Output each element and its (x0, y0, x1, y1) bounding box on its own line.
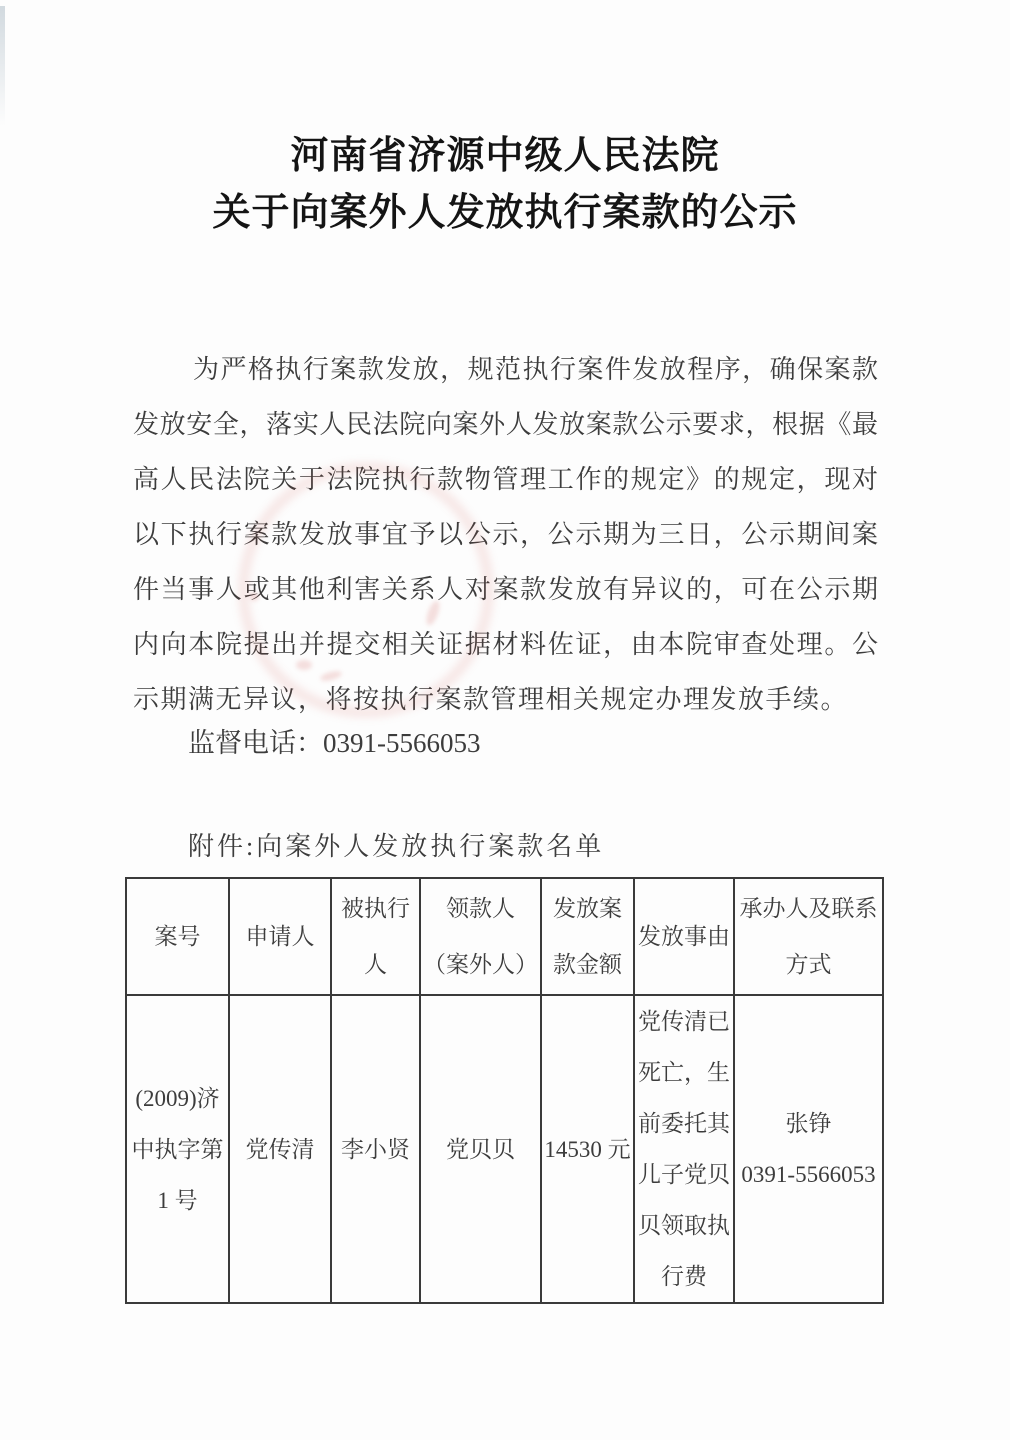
scanner-edge-artifact (0, 6, 5, 126)
column-header-contact: 承办人及联系 方式 (734, 878, 883, 995)
table-cell-case-number: (2009)济 中执字第 1 号 (126, 995, 229, 1303)
attachment-caption: 附件:向案外人发放执行案款名单 (188, 822, 604, 872)
column-header-amount: 发放案 款金额 (541, 878, 634, 995)
case-payment-table: 案号 申请人 被执行 人 领款人 （案外人） 发放案 款金额 发放事由 承办人及… (125, 877, 884, 1304)
body-line: 发放安全，落实人民法院向案外人发放案款公示要求，根据《最 (133, 397, 878, 452)
column-header-reason: 发放事由 (634, 878, 734, 995)
table-cell-applicant: 党传清 (229, 995, 331, 1303)
document-title-line-1: 河南省济源中级人民法院 (0, 128, 1010, 185)
body-line: 件当事人或其他利害关系人对案款发放有异议的，可在公示期 (133, 562, 878, 617)
supervision-phone-label: 监督电话： (188, 728, 323, 758)
document-title-line-2: 关于向案外人发放执行案款的公示 (0, 185, 1010, 242)
body-paragraph: 为严格执行案款发放，规范执行案件发放程序，确保案款 发放安全，落实人民法院向案外… (133, 342, 878, 727)
table-cell-contact: 张铮 0391-5566053 (734, 995, 883, 1303)
column-header-executee: 被执行 人 (331, 878, 420, 995)
table-cell-amount: 14530 元 (541, 995, 634, 1303)
body-line: 为严格执行案款发放，规范执行案件发放程序，确保案款 (133, 342, 878, 397)
body-line: 以下执行案款发放事宜予以公示，公示期为三日，公示期间案 (133, 507, 878, 562)
document-title: 河南省济源中级人民法院 关于向案外人发放执行案款的公示 (0, 128, 1010, 242)
body-line: 内向本院提出并提交相关证据材料佐证，由本院审查处理。公 (133, 617, 878, 672)
table-row: (2009)济 中执字第 1 号 党传清 李小贤 党贝贝 14530 元 党传清… (126, 995, 883, 1303)
column-header-applicant: 申请人 (229, 878, 331, 995)
scanned-court-notice-page: 河南省济源中级人民法院 关于向案外人发放执行案款的公示 为严格执行案款发放，规范… (0, 0, 1010, 1440)
table-cell-payee: 党贝贝 (420, 995, 541, 1303)
table-header-row: 案号 申请人 被执行 人 领款人 （案外人） 发放案 款金额 发放事由 承办人及… (126, 878, 883, 995)
supervision-phone-number: 0391-5566053 (323, 728, 481, 758)
body-line: 高人民法院关于法院执行款物管理工作的规定》的规定，现对 (133, 452, 878, 507)
supervision-phone-line: 监督电话：0391-5566053 (188, 716, 481, 771)
column-header-case-number: 案号 (126, 878, 229, 995)
table-cell-reason: 党传清已 死亡，生 前委托其 儿子党贝 贝领取执 行费 (634, 995, 734, 1303)
table-cell-executee: 李小贤 (331, 995, 420, 1303)
column-header-payee: 领款人 （案外人） (420, 878, 541, 995)
